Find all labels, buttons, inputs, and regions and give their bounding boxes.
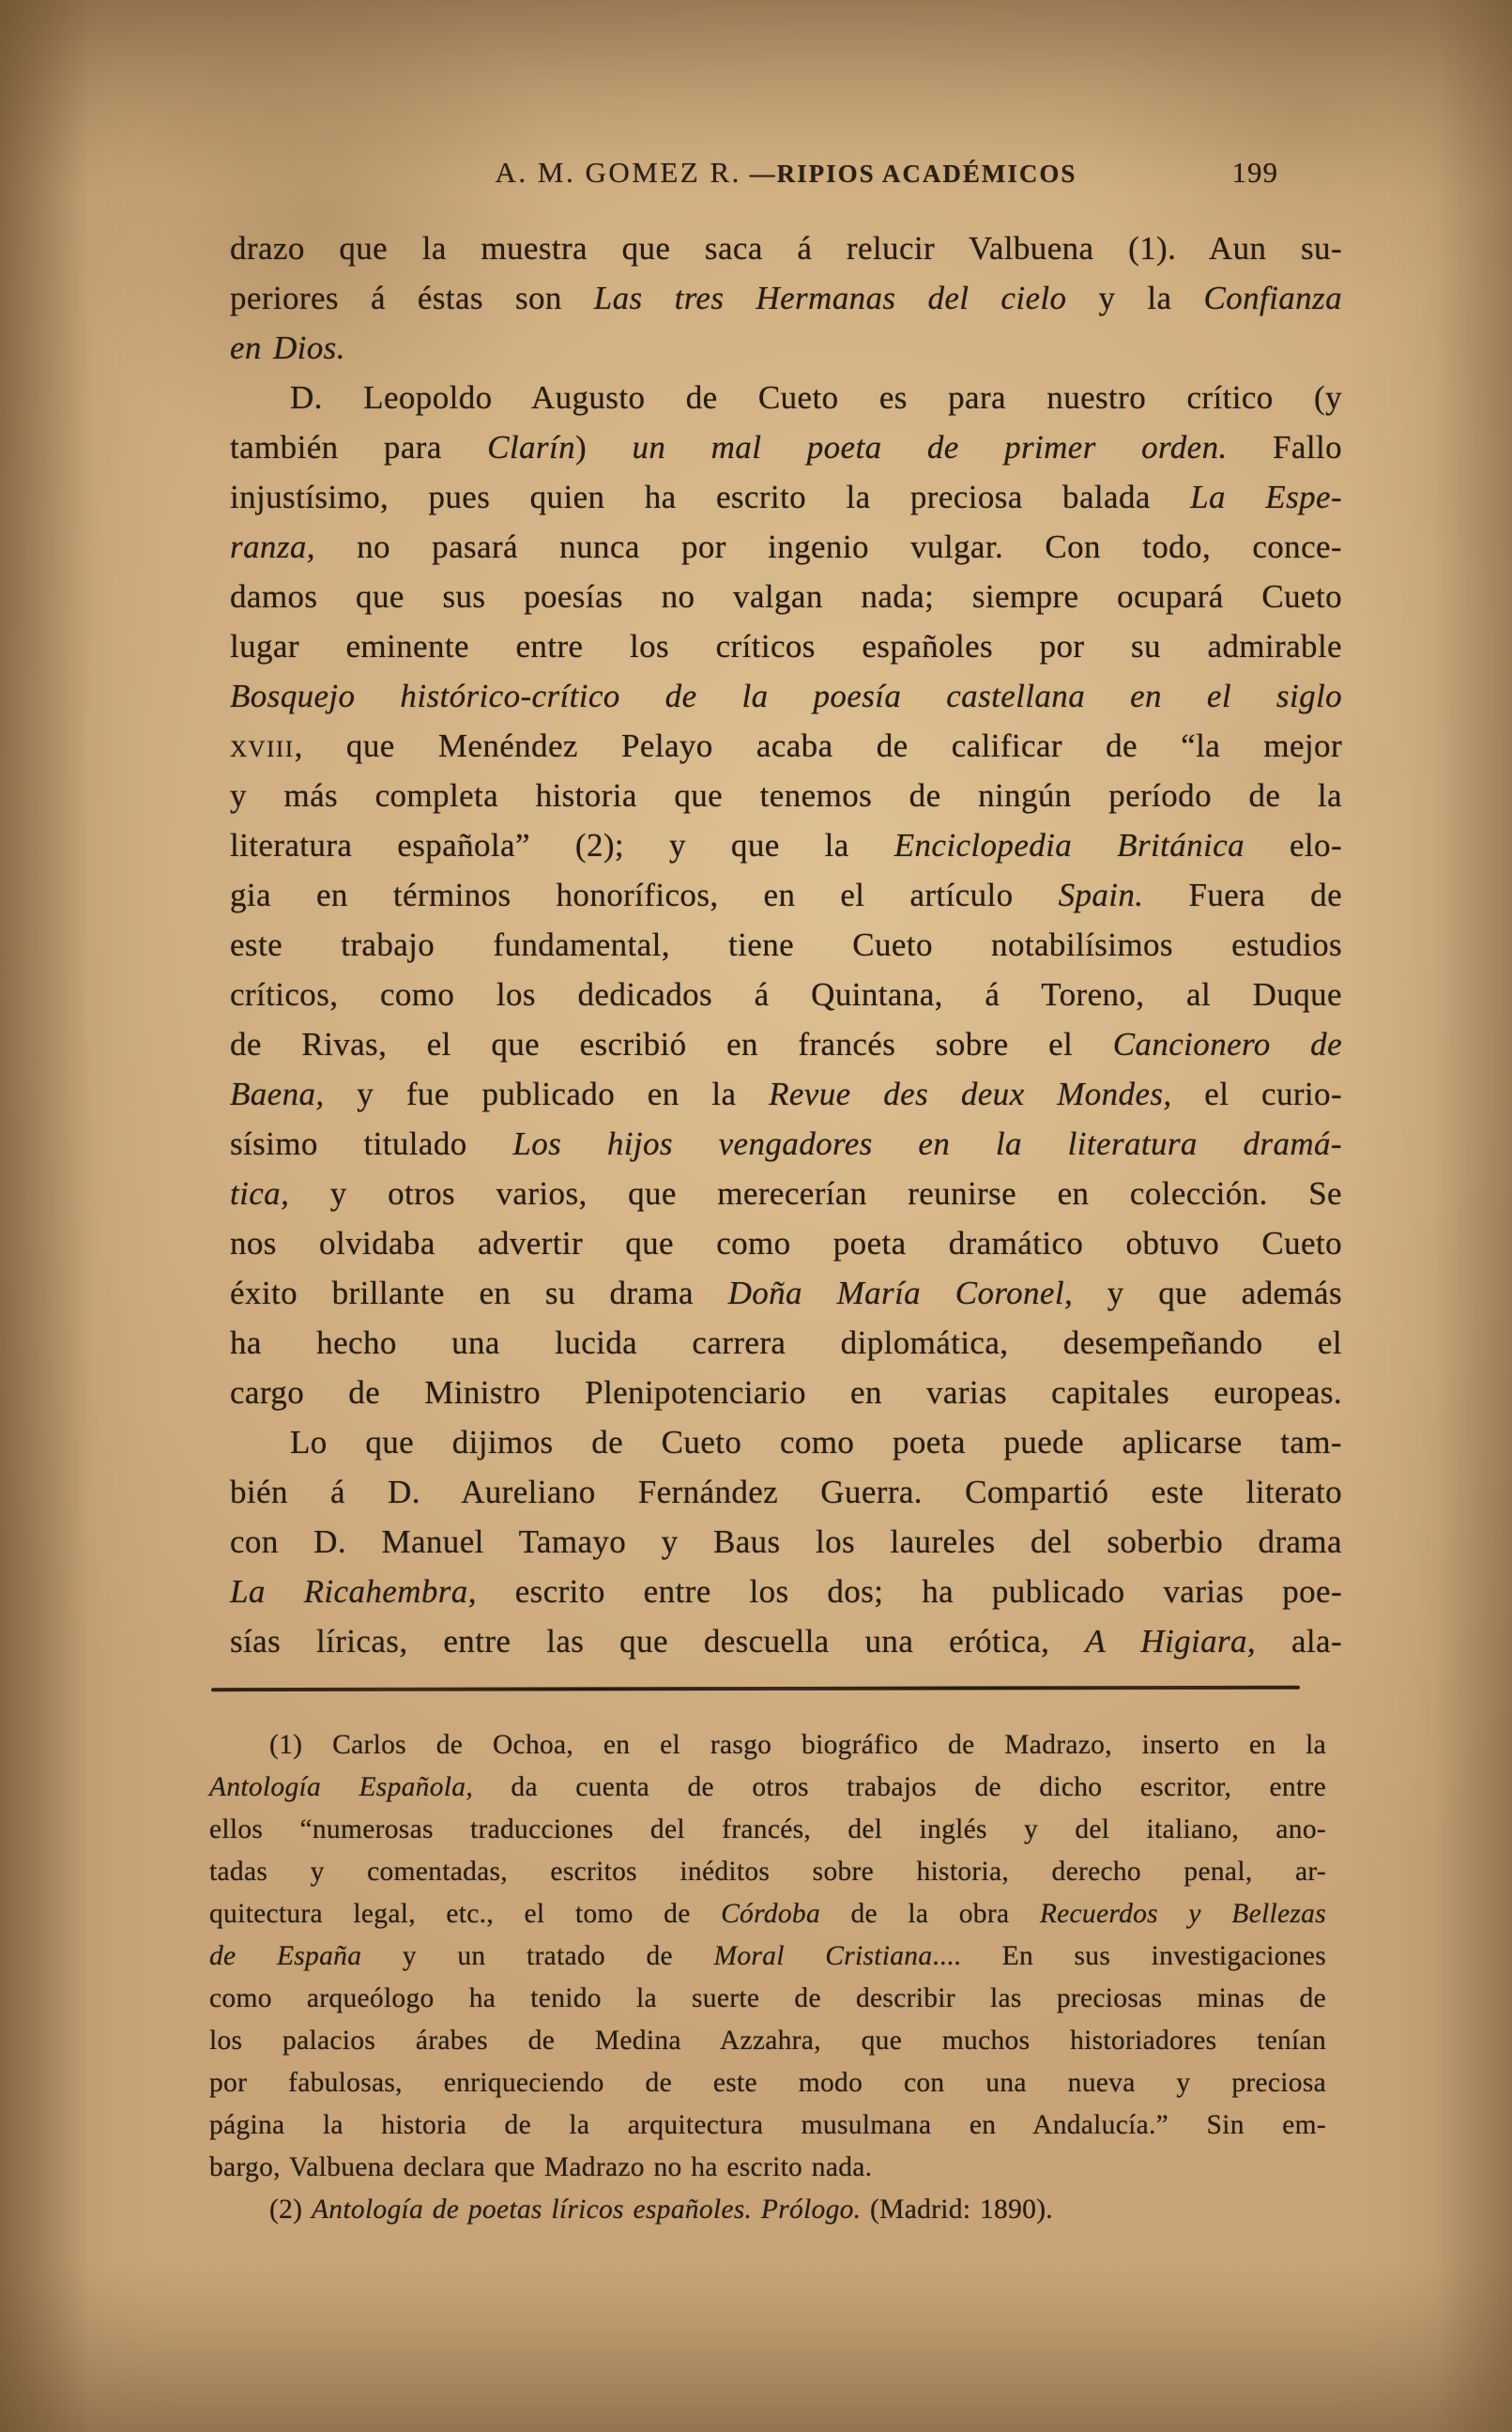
- text-line: Baena, y fue publicado en la Revue des d…: [230, 1069, 1342, 1119]
- text-line: éxito brillante en su drama Doña María C…: [230, 1268, 1342, 1318]
- text-segment: el curio-: [1172, 1076, 1342, 1112]
- italic-text-segment: Baena,: [230, 1076, 325, 1112]
- footnote-separator-rule: [211, 1686, 1300, 1691]
- text-line: La Ricahembra, escrito entre los dos; ha…: [230, 1567, 1342, 1616]
- text-line: lugar eminente entre los críticos españo…: [230, 621, 1342, 671]
- text-segment: Fallo: [1228, 429, 1342, 466]
- text-segment: damos que sus poesías no valgan nada; si…: [230, 578, 1342, 615]
- text-segment: literatura española” (2); y que la: [230, 827, 894, 864]
- text-segment: sísimo titulado: [230, 1125, 512, 1162]
- text-segment: elo-: [1245, 827, 1342, 864]
- text-line: bargo, Valbuena declara que Madrazo no h…: [209, 2147, 1326, 2189]
- italic-text-segment: Antología de poetas líricos españoles. P…: [312, 2195, 861, 2225]
- text-line: ranza, no pasará nunca por ingenio vulga…: [230, 522, 1342, 572]
- text-line: bién á D. Aureliano Fernández Guerra. Co…: [230, 1467, 1342, 1517]
- italic-text-segment: un mal poeta de primer orden.: [632, 429, 1227, 466]
- text-line: sías líricas, entre las que descuella un…: [230, 1616, 1342, 1666]
- text-line: (2) Antología de poetas líricos españole…: [209, 2189, 1326, 2231]
- text-line: los palacios árabes de Medina Azzahra, q…: [209, 2020, 1326, 2062]
- italic-text-segment: Cancionero de: [1113, 1026, 1342, 1063]
- italic-text-segment: Recuerdos y Bellezas: [1040, 1899, 1326, 1929]
- text-line: tadas y comentadas, escritos inéditos so…: [209, 1851, 1326, 1893]
- text-segment: xviii: [230, 727, 295, 764]
- text-line: Antología Española, da cuenta de otros t…: [209, 1767, 1326, 1809]
- text-line: críticos, como los dedicados á Quintana,…: [230, 970, 1342, 1019]
- italic-text-segment: La Ricahembra,: [230, 1573, 477, 1610]
- text-line: de España y un tratado de Moral Cristian…: [209, 1935, 1326, 1978]
- text-segment: ala-: [1256, 1623, 1342, 1660]
- text-segment: los palacios árabes de Medina Azzahra, q…: [209, 2026, 1326, 2056]
- text-segment: y que además: [1073, 1275, 1342, 1311]
- italic-text-segment: Revue des deux Mondes,: [769, 1076, 1171, 1112]
- text-segment: tadas y comentadas, escritos inéditos so…: [209, 1857, 1326, 1887]
- italic-text-segment: de España: [209, 1941, 361, 1971]
- text-segment: con D. Manuel Tamayo y Baus los laureles…: [230, 1523, 1342, 1560]
- text-line: xviii, que Menéndez Pelayo acaba de cali…: [230, 721, 1342, 771]
- text-segment: ha hecho una lucida carrera diplomática,…: [230, 1324, 1342, 1361]
- text-segment: también para: [230, 429, 487, 466]
- text-segment: Lo que dijimos de Cueto como poeta puede…: [290, 1424, 1342, 1461]
- text-line: periores á éstas son Las tres Hermanas d…: [230, 273, 1342, 323]
- text-line: y más completa historia que tenemos de n…: [230, 771, 1342, 820]
- footnotes: (1) Carlos de Ochoa, en el rasgo biográf…: [209, 1724, 1326, 2231]
- text-segment: (1) Carlos de Ochoa, en el rasgo biográf…: [269, 1730, 1326, 1760]
- italic-text-segment: La Espe-: [1190, 479, 1342, 515]
- italic-text-segment: Antología Española,: [209, 1772, 473, 1802]
- text-segment: (Madrid: 1890).: [861, 2195, 1053, 2225]
- italic-text-segment: Clarín: [487, 429, 575, 466]
- text-line: drazo que la muestra que saca á relucir …: [230, 223, 1342, 273]
- text-line: en Dios.: [230, 323, 1342, 373]
- text-segment: gia en términos honoríficos, en el artíc…: [230, 877, 1059, 913]
- text-line: con D. Manuel Tamayo y Baus los laureles…: [230, 1517, 1342, 1567]
- text-segment: página la historia de la arquitectura mu…: [209, 2110, 1326, 2140]
- text-line: cargo de Ministro Plenipotenciario en va…: [230, 1368, 1342, 1417]
- text-line: este trabajo fundamental, tiene Cueto no…: [230, 920, 1342, 970]
- text-line: gia en términos honoríficos, en el artíc…: [230, 870, 1342, 920]
- text-segment: Fuera de: [1143, 877, 1342, 913]
- text-line: tica, y otros varios, que merecerían reu…: [230, 1169, 1342, 1218]
- italic-text-segment: ranza,: [230, 528, 315, 565]
- page-content: A. M. GOMEZ R. —RIPIOS ACADÉMICOS 199 dr…: [230, 156, 1342, 2231]
- text-line: de Rivas, el que escribió en francés sob…: [230, 1019, 1342, 1069]
- text-segment: y otros varios, que merecerían reunirse …: [289, 1175, 1342, 1212]
- text-segment: .... En sus investigaciones: [932, 1941, 1326, 1971]
- text-line: damos que sus poesías no valgan nada; si…: [230, 572, 1342, 621]
- text-segment: bién á D. Aureliano Fernández Guerra. Co…: [230, 1474, 1342, 1510]
- italic-text-segment: Doña María Coronel,: [728, 1275, 1074, 1311]
- text-segment: bargo, Valbuena declara que Madrazo no h…: [209, 2152, 872, 2182]
- running-header: A. M. GOMEZ R. —RIPIOS ACADÉMICOS 199: [230, 156, 1342, 197]
- italic-text-segment: en Dios.: [230, 329, 345, 366]
- text-segment: periores á éstas son: [230, 280, 594, 316]
- scanned-book-page: A. M. GOMEZ R. —RIPIOS ACADÉMICOS 199 dr…: [0, 0, 1512, 2432]
- text-segment: lugar eminente entre los críticos españo…: [230, 628, 1342, 665]
- text-line: (1) Carlos de Ochoa, en el rasgo biográf…: [209, 1724, 1326, 1767]
- text-segment: cargo de Ministro Plenipotenciario en va…: [230, 1374, 1342, 1411]
- text-segment: escrito entre los dos; ha publicado vari…: [477, 1573, 1342, 1610]
- text-segment: , que Menéndez Pelayo acaba de calificar…: [295, 727, 1342, 764]
- text-segment: D. Leopoldo Augusto de Cueto es para nue…: [290, 379, 1342, 416]
- text-line: por fabulosas, enriqueciendo de este mod…: [209, 2062, 1326, 2104]
- text-segment: y más completa historia que tenemos de n…: [230, 777, 1342, 814]
- text-line: ellos “numerosas traducciones del francé…: [209, 1809, 1326, 1851]
- text-segment: quitectura legal, etc., el tomo de: [209, 1899, 721, 1929]
- text-segment: (2): [269, 2195, 312, 2225]
- italic-text-segment: Moral Cristiana: [713, 1941, 932, 1971]
- italic-text-segment: Las tres Hermanas del cielo: [594, 280, 1067, 316]
- text-segment: y un tratado de: [361, 1941, 713, 1971]
- text-segment: sías líricas, entre las que descuella un…: [230, 1623, 1085, 1660]
- text-line: literatura española” (2); y que la Encic…: [230, 820, 1342, 870]
- text-segment: y fue publicado en la: [325, 1076, 770, 1112]
- italic-text-segment: Confianza: [1203, 280, 1342, 316]
- text-segment: de la obra: [820, 1899, 1040, 1929]
- italic-text-segment: Enciclopedia Británica: [894, 827, 1245, 864]
- text-line: quitectura legal, etc., el tomo de Córdo…: [209, 1893, 1326, 1935]
- text-segment: nos olvidaba advertir que como poeta dra…: [230, 1225, 1342, 1262]
- text-segment: drazo que la muestra que saca á relucir …: [230, 230, 1342, 267]
- running-header-work: —RIPIOS ACADÉMICOS: [741, 160, 1077, 188]
- text-line: página la historia de la arquitectura mu…: [209, 2104, 1326, 2147]
- text-segment: por fabulosas, enriqueciendo de este mod…: [209, 2068, 1326, 2098]
- text-line: nos olvidaba advertir que como poeta dra…: [230, 1218, 1342, 1268]
- page-number: 199: [1232, 156, 1279, 190]
- text-segment: ellos “numerosas traducciones del francé…: [209, 1814, 1326, 1844]
- italic-text-segment: Córdoba: [721, 1899, 820, 1929]
- text-segment: críticos, como los dedicados á Quintana,…: [230, 976, 1342, 1013]
- text-line: sísimo titulado Los hijos vengadores en …: [230, 1119, 1342, 1169]
- body-text: drazo que la muestra que saca á relucir …: [230, 223, 1342, 1666]
- text-segment: como arqueólogo ha tenido la suerte de d…: [209, 1983, 1326, 2013]
- italic-text-segment: Los hijos vengadores en la literatura dr…: [512, 1125, 1342, 1162]
- italic-text-segment: Spain.: [1059, 877, 1144, 913]
- text-segment: da cuenta de otros trabajos de dicho esc…: [473, 1772, 1326, 1802]
- italic-text-segment: tica,: [230, 1175, 289, 1212]
- text-segment: ): [575, 429, 632, 466]
- text-line: como arqueólogo ha tenido la suerte de d…: [209, 1978, 1326, 2020]
- text-line: D. Leopoldo Augusto de Cueto es para nue…: [230, 373, 1342, 422]
- text-segment: y la: [1066, 280, 1203, 316]
- text-segment: no pasará nunca por ingenio vulgar. Con …: [315, 528, 1342, 565]
- text-segment: éxito brillante en su drama: [230, 1275, 728, 1311]
- text-line: Lo que dijimos de Cueto como poeta puede…: [230, 1417, 1342, 1467]
- italic-text-segment: A Higiara,: [1085, 1623, 1256, 1660]
- text-line: ha hecho una lucida carrera diplomática,…: [230, 1318, 1342, 1368]
- text-line: injustísimo, pues quien ha escrito la pr…: [230, 472, 1342, 522]
- text-segment: de Rivas, el que escribió en francés sob…: [230, 1026, 1113, 1063]
- running-header-author: A. M. GOMEZ R.: [496, 156, 741, 189]
- text-line: también para Clarín) un mal poeta de pri…: [230, 422, 1342, 472]
- text-segment: este trabajo fundamental, tiene Cueto no…: [230, 926, 1342, 963]
- italic-text-segment: Bosquejo histórico-crítico de la poesía …: [230, 678, 1342, 714]
- text-line: Bosquejo histórico-crítico de la poesía …: [230, 671, 1342, 721]
- text-segment: injustísimo, pues quien ha escrito la pr…: [230, 479, 1190, 515]
